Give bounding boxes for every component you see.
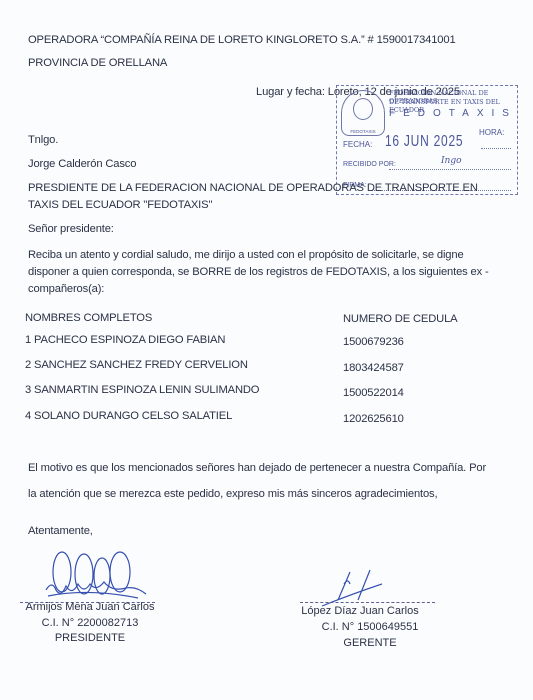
recipient-title: Tnlgo.	[28, 134, 58, 146]
table-row-cedula: 1500522014	[343, 387, 404, 399]
signer-name: Armijos Mena Juan Carlos	[20, 601, 160, 613]
closing: Atentamente,	[28, 525, 93, 537]
signer-ci: C.I. N° 1500649551	[300, 621, 440, 633]
signer-role: PRESIDENTE	[20, 632, 160, 644]
recipient-position: PRESDIENTE DE LA FEDERACION NACIONAL DE …	[28, 180, 498, 214]
body-intro: Reciba un atento y cordial saludo, me di…	[28, 247, 506, 298]
salutation: Señor presidente:	[28, 223, 114, 235]
reception-stamp: FEDOTAXIS FEDERACION NACIONAL DE OPERADO…	[336, 85, 518, 195]
table-header-cedula: NUMERO DE CEDULA	[343, 313, 457, 325]
stamp-recibido-value: Ingo	[441, 156, 462, 166]
signer-ci: C.I. N° 2200082713	[20, 617, 160, 629]
stamp-fecha-value: 16 JUN 2025	[385, 133, 463, 151]
table-row-name: 4 SOLANO DURANGO CELSO SALATIEL	[25, 410, 232, 422]
signer-name: López Díaz Juan Carlos	[290, 605, 430, 617]
stamp-org-name: FEDOTAXIS	[389, 108, 517, 119]
stamp-hora-label: HORA:	[479, 128, 504, 137]
signature-president-icon	[40, 548, 160, 608]
stamp-fecha-label: FECHA:	[343, 140, 372, 149]
recipient-name: Jorge Calderón Casco	[28, 158, 136, 170]
stamp-recibido-label: RECIBIDO POR:	[343, 161, 396, 168]
table-row-cedula: 1803424587	[343, 362, 404, 374]
fedotaxis-logo-icon: FEDOTAXIS	[341, 90, 385, 136]
body-reason-line2: la atención que se merezca este pedido, …	[28, 488, 437, 500]
table-header-names: NOMBRES COMPLETOS	[25, 312, 152, 324]
table-row-cedula: 1202625610	[343, 413, 404, 425]
company-header: OPERADORA “COMPAÑÍA REINA DE LORETO KING…	[28, 34, 456, 46]
signer-role: GERENTE	[300, 637, 440, 649]
province-line: PROVINCIA DE ORELLANA	[28, 57, 167, 69]
signature-line	[300, 602, 435, 603]
table-row-name: 1 PACHECO ESPINOZA DIEGO FABIAN	[25, 334, 225, 346]
body-reason-line1: El motivo es que los mencionados señores…	[28, 462, 486, 474]
table-row-name: 2 SANCHEZ SANCHEZ FREDY CERVELION	[25, 359, 248, 371]
table-row-cedula: 1500679236	[343, 336, 404, 348]
table-row-name: 3 SANMARTIN ESPINOZA LENIN SULIMANDO	[25, 384, 259, 396]
